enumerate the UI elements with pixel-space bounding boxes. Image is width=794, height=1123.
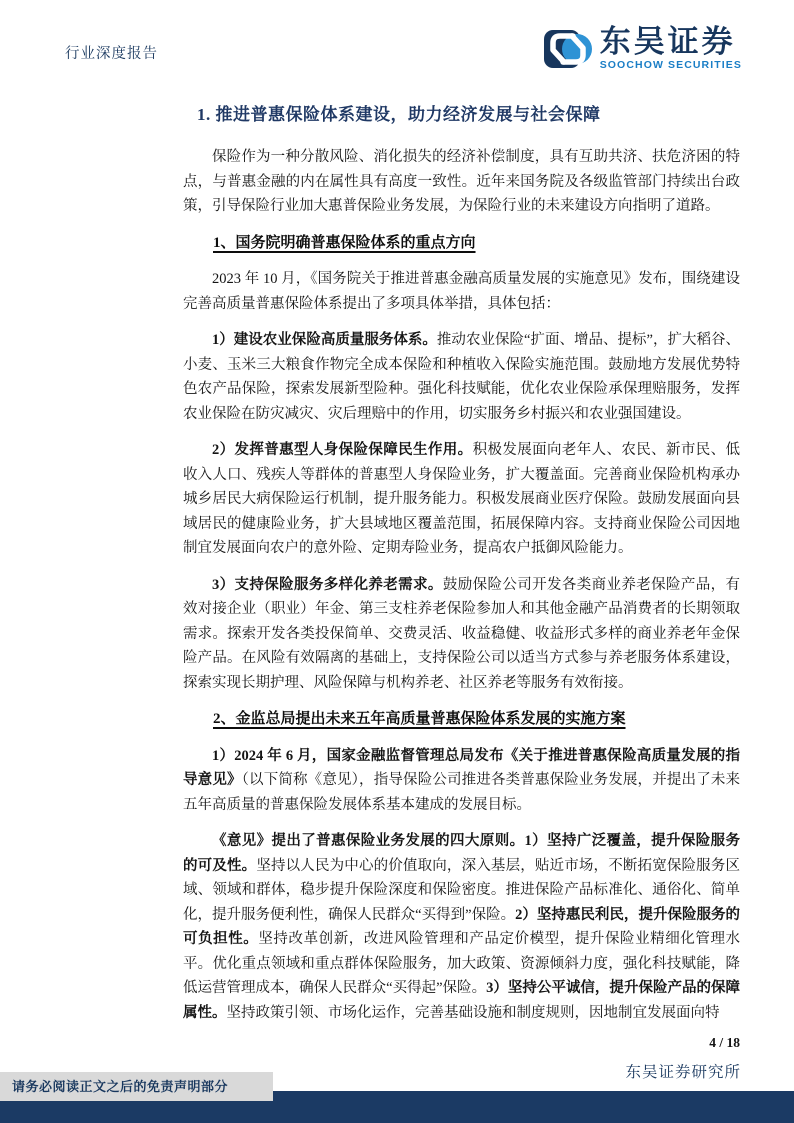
paragraph-four-principles: 《意见》提出了普惠保险业务发展的四大原则。1）坚持广泛覆盖，提升保险服务的可及性… — [183, 829, 740, 1025]
subsection-heading-1-text: 1、国务院明确普惠保险体系的重点方向 — [213, 235, 476, 251]
subsection-heading-2: 2、金监总局提出未来五年高质量普惠保险体系发展的实施方案 — [183, 707, 740, 732]
paragraph-2023-policy: 2023 年 10 月，《国务院关于推进普惠金融高质量发展的实施意见》发布，围绕… — [183, 267, 740, 316]
report-type-label: 行业深度报告 — [65, 42, 158, 63]
brand-logo: 东吴证券 SOOCHOW SECURITIES — [543, 26, 742, 72]
paragraph-measure-1-agriculture: 1）建设农业保险高质量服务体系。推动农业保险“扩面、增品、提标”，扩大稻谷、小麦… — [183, 328, 740, 426]
paragraph-measure-3-pension: 3）支持保险服务多样化养老需求。鼓励保险公司开发各类商业养老保险产品，有效对接企… — [183, 573, 740, 696]
paragraph-intro: 保险作为一种分散风险、消化损失的经济补偿制度，具有互助共济、扶危济困的特点，与普… — [183, 145, 740, 219]
paragraph-2024-guideline: 1）2024 年 6 月，国家金融监督管理总局发布《关于推进普惠保险高质量发展的… — [183, 744, 740, 818]
brand-name-en: SOOCHOW SECURITIES — [600, 59, 742, 72]
page-header: 行业深度报告 东吴证券 SOOCHOW SECURITIES — [65, 26, 742, 72]
brand-name-cn: 东吴证券 — [600, 26, 736, 59]
report-body: 1. 推进普惠保险体系建设，助力经济发展与社会保障 保险作为一种分散风险、消化损… — [183, 100, 740, 1025]
report-page: 行业深度报告 东吴证券 SOOCHOW SECURITIES 1. 推进普惠保险… — [0, 0, 794, 1123]
disclaimer-note: 请务必阅读正文之后的免责声明部分 — [0, 1072, 273, 1101]
subsection-heading-1: 1、国务院明确普惠保险体系的重点方向 — [183, 231, 740, 256]
brand-name-block: 东吴证券 SOOCHOW SECURITIES — [600, 26, 742, 71]
subsection-heading-2-text: 2、金监总局提出未来五年高质量普惠保险体系发展的实施方案 — [213, 711, 626, 727]
research-institute-label: 东吴证券研究所 — [625, 1060, 741, 1082]
section-title: 1. 推进普惠保险体系建设，助力经济发展与社会保障 — [183, 100, 740, 125]
page-number: 4 / 18 — [709, 1035, 740, 1051]
soochow-logo-icon — [543, 26, 593, 72]
paragraph-measure-2-life-insurance: 2）发挥普惠型人身保险保障民生作用。积极发展面向老年人、农民、新市民、低收入人口… — [183, 438, 740, 561]
